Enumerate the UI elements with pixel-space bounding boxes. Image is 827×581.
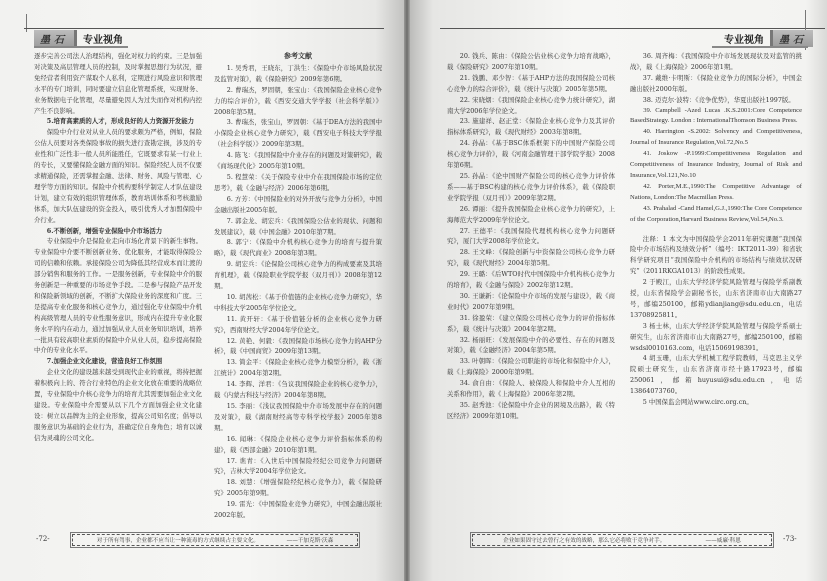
reference-item: 12. 黄艳、何毅：《我国保险市场核心竞争力的AHP分析》，载《中国商贸》200… bbox=[214, 336, 382, 358]
references-column-1: 参考文献1. 吴秀君，王晓东，丁洪生：《保险中介市场风险状况及监管对策》，载《保… bbox=[214, 51, 382, 521]
reference-item: 4. 陈飞：《我国保险中介业存在的问题及对策研究》，载《商场现代化》2005年第… bbox=[214, 150, 382, 172]
reference-item: 29. 王璐：《后WTO时代中国保险中介机构核心竞争力的培育》，载《金融与保险》… bbox=[447, 269, 615, 291]
reference-item: 38. 迈克尔·波特：《竞争优势》，华夏出版社1997版。 bbox=[630, 95, 802, 106]
page-number: -72- bbox=[36, 535, 50, 543]
reference-item: 7. 郭金龙、胡宏兵：《我国保险公估业的现状、问题和发展建议》，载《中国金融》2… bbox=[214, 216, 382, 238]
reference-item: 10. 胡茜松：《基于价值链的企业核心竞争力研究》，华中科技大学2005年学位论… bbox=[214, 292, 382, 314]
reference-item: 24. 孙晶：《基于BSC体系框架下的中国财产保险公司核心竞争力评价》，载《河南… bbox=[447, 138, 615, 171]
reference-item: 22. 宋晓烟：《我国保险企业核心竞争力统计研究》，湖南大学2006年学位论文。 bbox=[447, 95, 615, 117]
reference-item: 34. 俞自由：《保险人、被保险人和保险中介人互相的关系和作用》，载《上海保险》… bbox=[447, 378, 615, 400]
header-rule-right bbox=[440, 28, 825, 29]
reference-item: 20. 钱兵、陈由：《保险公估业核心竞争力培育战略》，载《保险研究》2007年第… bbox=[447, 51, 615, 73]
reference-item: 14. 李辉、洋君：《刍议我国保险企业的核心竞争力》，载《内蒙古科技与经济》20… bbox=[214, 379, 382, 401]
book-gutter bbox=[404, 0, 410, 581]
body-paragraph: 专业保险中介是保险业走向市场化背景下的新生事物。专业保险中介要不断创新业务、优化… bbox=[34, 236, 202, 356]
reference-item: 6. 方芳：《中国保险业的对外开放与竞争力分析》，中国金融出版社2005年版。 bbox=[214, 194, 382, 216]
page-number: -73- bbox=[783, 535, 797, 543]
section-title: 专业视角 bbox=[77, 31, 129, 46]
reference-item: 32. 杨丽旺：《发展保险中介的必要性、存在的问题及对策》，载《金融经济》200… bbox=[447, 335, 615, 357]
reference-item: 5. 程慧荣：《关于保险专业中介在我国保险市场的定位思考》，载《金融与经济》20… bbox=[214, 172, 382, 194]
reference-item: 31. 徐盈荣：《建立保险公司核心竞争力的评价指标体系》，载《统计与决策》200… bbox=[447, 313, 615, 335]
reference-item: 33. 叶朝晖：《保险公司职能的市场化和保险中介人》，载《上海保险》2000年第… bbox=[447, 356, 615, 378]
reference-item: 26. 谭丽：《提升我国保险企业核心竞争力的研究》，上海师范大学2009年学位论… bbox=[447, 204, 615, 226]
spacer bbox=[630, 226, 802, 234]
header-right: 专业视角 墨石 bbox=[718, 30, 813, 46]
body-paragraph: 企业文化的建设越来越受到现代企业的重视，将持把握着积极向上的、符合行业特色的企业… bbox=[34, 367, 202, 443]
references-column-2: 20. 钱兵、陈由：《保险公估业核心竞争力培育战略》，载《保险研究》2007年第… bbox=[447, 51, 615, 422]
reference-item: 3. 曹瑞杰，张宝山，罗固朝：《基于DEA方法的我国中小保险企业核心竞争力研究》… bbox=[214, 117, 382, 150]
reference-item: 35. 赵秀池：《论保险中介企业的困境及出路》，载《特区经济》2009年第10期… bbox=[447, 400, 615, 422]
section-heading: 7.加强企业文化建设，营造良好工作氛围 bbox=[34, 356, 202, 367]
reference-item: 43. Prahalad -Cand Hamel,G.J.,1990:The C… bbox=[630, 204, 802, 226]
header-rule-left bbox=[24, 28, 384, 29]
footer-quote: 对于所有驾事，企业都不应当让一种流毒的方式继续占主要文化。 ——千加克斯·沃森 bbox=[72, 534, 358, 546]
reference-item: 37. 戴维·卡明斯：《保险业竞争力的国际分析》，中国金融出版社2000年版。 bbox=[630, 73, 802, 95]
body-paragraph: 保险中介行业对从业人员的要求颇为严格，例如，保险公估人员要对各类保险事故的损失进… bbox=[34, 127, 202, 225]
body-column: 逐步完善公司法人治理结构，强化对权力的约束。三是加强对决策及高层管理人员的控制，… bbox=[34, 51, 202, 444]
reference-item: 30. 王谦新：《论保险中介市场的发展与建设》，载《商业时代》2007年第9期。 bbox=[447, 291, 615, 313]
reference-item: 36. 周齐梅：《我国保险中介市场发展现状及对监管的挑战》，载《上海保险》200… bbox=[630, 51, 802, 73]
header-underline bbox=[712, 46, 808, 48]
footer-quote: 企业如果固守过去曾行之有效的战略，那么它必将败于竞争对手。 ——威廉·科恩 bbox=[472, 534, 772, 546]
quote-attribution: ——威廉·科恩 bbox=[706, 535, 741, 545]
footnote: 4 胡玉珊，山东大学机械工程学院教师，马克思主义学院硕士研究生，山东省济南市经十… bbox=[630, 353, 802, 397]
reference-item: 11. 黄开轩：《基于价值链分析的企业核心竞争力研究》，西南财经大学2004年学… bbox=[214, 314, 382, 336]
reference-item: 17. 谯青：《入世后中国保险经纪公司竞争力问题研究》，吉林大学2004年学位论… bbox=[214, 456, 382, 478]
footnote: 3 杨士林，山东大学经济学院风险管理与保险学系硕士研究生，山东省济南市山大南路2… bbox=[630, 321, 802, 354]
reference-item: 15. 李丽：《浅议我国保险中介市场发展中存在的问题及对策》，载《湖南财经高等专… bbox=[214, 401, 382, 434]
journal-badge: 墨石 bbox=[770, 30, 813, 47]
section-heading: 5.培育高素质的人才，形成良好的人力资源开发能力 bbox=[34, 116, 202, 127]
reference-item: 19. 雷光：《中国保险业竞争力研究》，中国金融出版社2002年版。 bbox=[214, 499, 382, 521]
footnote: 注释：1 本文为中国保险学会2011年研究课题“我国保险中介市场结构及绩效分析”… bbox=[630, 234, 802, 278]
reference-item: 40. Harrington -S.2002: Solvency and Com… bbox=[630, 127, 802, 149]
reference-item: 39. Campbell -Azed Lucas .K.S.2001:Core … bbox=[630, 106, 802, 128]
footnote: 5 中国保监会网站www.circ.org.cn。 bbox=[630, 397, 802, 408]
body-paragraph: 逐步完善公司法人治理结构，强化对权力的约束。三是加强对决策及高层管理人员的控制，… bbox=[34, 51, 202, 116]
journal-badge: 墨石 bbox=[34, 30, 77, 47]
reference-item: 41. Joskow -P.1999:Competitiveness Regul… bbox=[630, 149, 802, 182]
section-heading: 6.不断创新，增强专业保险中介市场活力 bbox=[34, 226, 202, 237]
header-left: 墨石 专业视角 bbox=[34, 30, 129, 46]
header-underline bbox=[34, 46, 128, 48]
section-title: 专业视角 bbox=[718, 31, 770, 46]
reference-item: 1. 吴秀君，王晓东，丁洪生：《保险中介市场风险状况及监管对策》，载《保险研究》… bbox=[214, 63, 382, 85]
reference-item: 9. 胡宏兵：《论保险公司核心竞争力的构成要素及其培育机理》，载《保险职业学院学… bbox=[214, 259, 382, 292]
reference-item: 8. 郭宁：《保险中介机构核心竞争力的培育与提升策略》，载《现代商业》2008年… bbox=[214, 237, 382, 259]
reference-item: 13. 简金平：《保险企业核心竞争力模型分析》，载《浙江统计》2004年第2期。 bbox=[214, 357, 382, 379]
references-column-3: 36. 周齐梅：《我国保险中介市场发展现状及对监管的挑战》，载《上海保险》200… bbox=[630, 51, 802, 408]
reference-item: 18. 刘慧：《增强保险经纪核心竞争力》，载《保险研究》2005年第9期。 bbox=[214, 477, 382, 499]
reference-item: 42. Porter,M.E.,1990:The Competitive Adv… bbox=[630, 182, 802, 204]
reference-item: 16. 闻琳：《保险企业核心竞争力评价指标体系的构建》，载《西部金融》2010年… bbox=[214, 434, 382, 456]
reference-item: 23. 施建祥、赵正堂：《保险企业核心竞争力及其评价指标体系研究》，载《现代财经… bbox=[447, 116, 615, 138]
quote-text: 企业如果固守过去曾行之有效的战略，那么它必将败于竞争对手。 bbox=[503, 535, 665, 545]
reference-item: 2. 曹瑞杰，罗固朝，张宝山：《我国保险企业核心竞争力的综合评价》，载《西安交通… bbox=[214, 85, 382, 118]
quote-text: 对于所有驾事，企业都不应当让一种流毒的方式继续占主要文化。 bbox=[97, 535, 259, 545]
references-title: 参考文献 bbox=[214, 51, 382, 62]
reference-item: 28. 王文峰：《保险创新与中资保险公司核心竞争力研究》，载《现代财经》2004… bbox=[447, 247, 615, 269]
footnote: 2 于殿江，山东大学经济学院风险管理与保险学系副教授，山东省保险学会副秘书长，山… bbox=[630, 277, 802, 321]
crop-mark bbox=[26, 14, 27, 32]
quote-attribution: ——千加克斯·沃森 bbox=[287, 535, 334, 545]
reference-item: 25. 孙晶：《论中国财产保险公司的核心竞争力评价体系——基于BSC构建的核心竞… bbox=[447, 171, 615, 204]
reference-item: 21. 钱鹏、邓少智：《基于AHP方法的我国保险公司核心竞争力的综合评价》，载《… bbox=[447, 73, 615, 95]
reference-item: 27. 王德平：《我国保险代理机构核心竞争力问题研究》，厦门大学2008年学位论… bbox=[447, 226, 615, 248]
